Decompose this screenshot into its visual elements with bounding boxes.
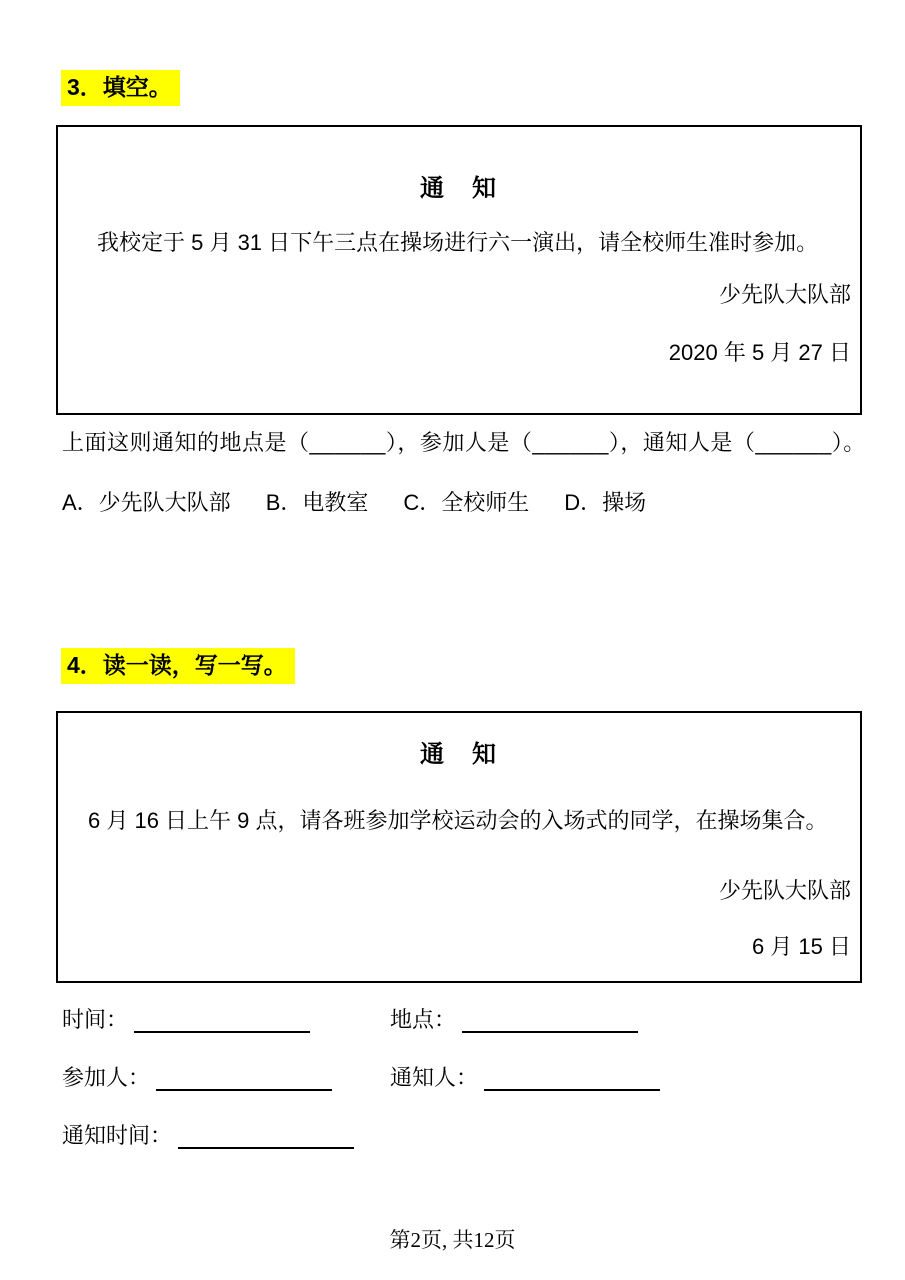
blank-line: [178, 1135, 354, 1149]
field-participant-label: 参加人：: [62, 1065, 150, 1090]
field-notifier-label: 通知人：: [390, 1065, 478, 1090]
notice-date: 6 月 15 日: [58, 930, 860, 961]
notice-box-q3: 通 知 我校定于 5 月 31 日下午三点在操场进行六一演出，请全校师生准时参加…: [56, 125, 862, 415]
notice-body: 我校定于 5 月 31 日下午三点在操场进行六一演出，请全校师生准时参加。: [97, 226, 848, 257]
page-footer: 第2页, 共12页: [0, 1224, 905, 1254]
notice-box-q4: 通 知 6 月 16 日上午 9 点，请各班参加学校运动会的入场式的同学，在操场…: [56, 711, 862, 983]
notice-body: 6 月 16 日上午 9 点，请各班参加学校运动会的入场式的同学，在操场集合。: [88, 804, 848, 835]
blank-line: [156, 1077, 332, 1091]
field-time: 时间：: [62, 1003, 310, 1034]
field-notify-time: 通知时间：: [62, 1119, 354, 1150]
blank-line: [484, 1077, 660, 1091]
blank-line: [462, 1019, 638, 1033]
question-3-heading: 3．填空。: [61, 70, 180, 106]
option-b: B．电教室: [266, 486, 369, 517]
notice-title: 通 知: [58, 168, 860, 203]
option-d: D．操场: [564, 486, 646, 517]
notice-signer: 少先队大队部: [58, 874, 860, 905]
question-4-heading: 4．读一读，写一写。: [61, 648, 295, 684]
option-c: C．全校师生: [403, 486, 529, 517]
notice-title: 通 知: [58, 734, 860, 769]
field-notify-time-label: 通知时间：: [62, 1123, 172, 1148]
blank-line: [134, 1019, 310, 1033]
option-a: A．少先队大队部: [62, 486, 231, 517]
options-row: A．少先队大队部 B．电教室 C．全校师生 D．操场: [62, 486, 646, 517]
field-place-label: 地点：: [390, 1007, 456, 1032]
field-notifier: 通知人：: [390, 1061, 660, 1092]
field-time-label: 时间：: [62, 1007, 128, 1032]
field-place: 地点：: [390, 1003, 638, 1034]
notice-date: 2020 年 5 月 27 日: [58, 336, 860, 367]
fill-blank-question: 上面这则通知的地点是（______），参加人是（______），通知人是（___…: [62, 426, 866, 457]
notice-signer: 少先队大队部: [58, 278, 860, 309]
field-participant: 参加人：: [62, 1061, 332, 1092]
worksheet-page: 3．填空。 通 知 我校定于 5 月 31 日下午三点在操场进行六一演出，请全校…: [0, 0, 905, 1280]
